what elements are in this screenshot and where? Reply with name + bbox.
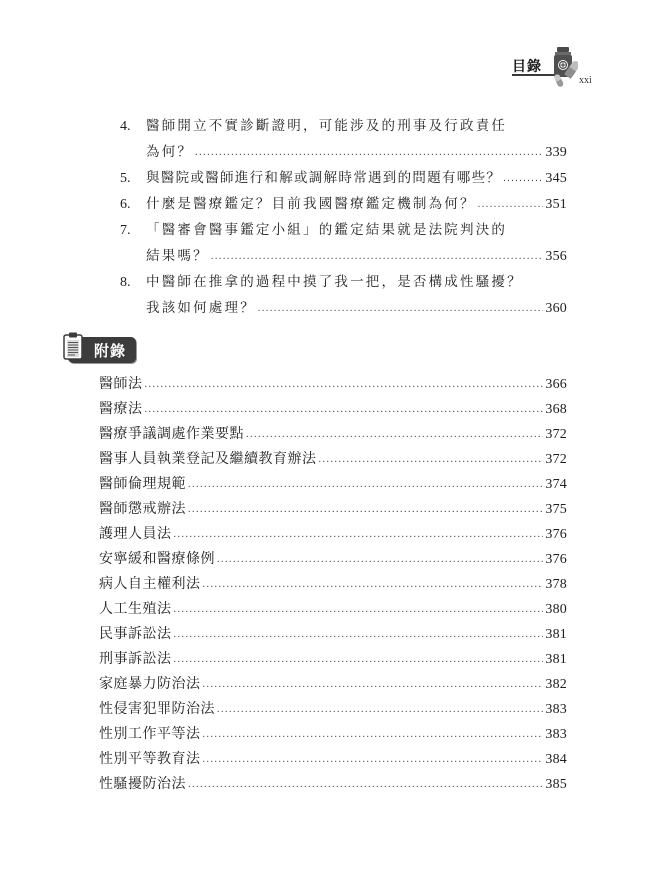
entry-page: 376 [545,552,567,568]
entry-title: 醫療法 [99,398,143,418]
entry-title: 什麼是醫療鑑定？目前我國醫療鑑定機制為何？ [146,192,476,212]
entry-page: 383 [545,702,567,718]
toc-entry-q8[interactable]: 8. 中醫師在推拿的過程中摸了我一把，是否構成性騷擾？ [120,270,567,292]
entry-title: 人工生殖法 [99,598,172,618]
header-title: 目錄 [512,56,542,76]
entry-title: 護理人員法 [99,523,172,543]
dot-leader [203,754,544,765]
entry-title-cont: 結果嗎？ [120,244,209,264]
dot-leader [319,454,544,465]
entry-title: 醫事人員執業登記及繼續教育辦法 [99,448,317,468]
entry-page: 381 [545,627,567,643]
appendix-entry[interactable]: 性騷擾防治法 385 [99,773,567,795]
entry-page: 378 [545,577,567,593]
entry-title: 性別平等教育法 [99,748,201,768]
appendix-entry[interactable]: 醫事人員執業登記及繼續教育辦法 372 [99,448,567,470]
entry-page: 339 [545,145,567,161]
dot-leader [188,504,543,515]
entry-page: 345 [545,171,567,187]
toc-entry-q6[interactable]: 6. 什麼是醫療鑑定？目前我國醫療鑑定機制為何？ 351 [120,192,567,214]
appendix-entry[interactable]: 性侵害犯罪防治法 383 [99,698,567,720]
entry-number: 7. [120,223,146,239]
entry-title: 家庭暴力防治法 [99,673,201,693]
entry-page: 366 [545,377,567,393]
dot-leader [503,173,543,184]
entry-page: 368 [545,402,567,418]
entry-title: 性別工作平等法 [99,723,201,743]
dot-leader [203,729,544,740]
entry-title: 中醫師在推拿的過程中摸了我一把，是否構成性騷擾？ [146,270,523,290]
dot-leader [174,629,544,640]
entry-page: 374 [545,477,567,493]
entry-title: 性侵害犯罪防治法 [99,698,215,718]
entry-title: 「醫審會醫事鑑定小組」的鑑定結果就是法院判決的 [146,218,507,238]
appendix-entry[interactable]: 醫師法 366 [99,373,567,395]
dot-leader [478,199,544,210]
dot-leader [203,679,544,690]
entry-page: 376 [545,527,567,543]
appendix-entry[interactable]: 家庭暴力防治法 382 [99,673,567,695]
page-number: xxi [579,75,592,86]
dot-leader [246,429,543,440]
entry-page: 380 [545,602,567,618]
appendix-entry[interactable]: 醫療爭議調處作業要點 372 [99,423,567,445]
appendix-entry[interactable]: 病人自主權利法 378 [99,573,567,595]
dot-leader [174,654,544,665]
toc-entry-q8-cont[interactable]: 我該如何處理？ 360 [120,296,567,318]
entry-title: 醫療爭議調處作業要點 [99,423,244,443]
entry-page: 375 [545,502,567,518]
dot-leader [188,479,543,490]
dot-leader [145,379,544,390]
dot-leader [174,604,544,615]
appendix-entry[interactable]: 醫療法 368 [99,398,567,420]
entry-number: 4. [120,119,146,135]
entry-title-cont: 我該如何處理？ [120,296,256,316]
entry-page: 356 [545,249,567,265]
clipboard-icon [62,331,86,361]
appendix-entry[interactable]: 人工生殖法 380 [99,598,567,620]
entry-number: 5. [120,171,146,187]
entry-title: 性騷擾防治法 [99,773,186,793]
appendix-entry[interactable]: 性別平等教育法 384 [99,748,567,770]
toc-entry-q5[interactable]: 5. 與醫院或醫師進行和解或調解時常遇到的問題有哪些？ 345 [120,166,567,188]
appendix-entry[interactable]: 醫師倫理規範 374 [99,473,567,495]
entry-title: 醫師懲戒辦法 [99,498,186,518]
appendix-entry[interactable]: 性別工作平等法 383 [99,723,567,745]
appendix-heading-badge: 附錄 [68,337,136,363]
running-header: 目錄 xxi [500,42,640,92]
entry-page: 360 [545,301,567,317]
entry-title: 醫師倫理規範 [99,473,186,493]
dot-leader [217,554,543,565]
entry-page: 372 [545,427,567,443]
medicine-bottle-pills-icon [550,46,578,88]
dot-leader [188,779,543,790]
entry-title: 民事訴訟法 [99,623,172,643]
appendix-entry[interactable]: 民事訴訟法 381 [99,623,567,645]
dot-leader [195,147,543,158]
appendix-entry[interactable]: 醫師懲戒辦法 375 [99,498,567,520]
entry-page: 382 [545,677,567,693]
appendix-entry[interactable]: 護理人員法 376 [99,523,567,545]
dot-leader [217,704,543,715]
entry-page: 384 [545,752,567,768]
appendix-heading-label: 附錄 [94,340,126,361]
entry-number: 6. [120,197,146,213]
entry-title: 醫師開立不實診斷證明，可能涉及的刑事及行政責任 [146,114,507,134]
entry-page: 351 [545,197,567,213]
toc-entry-q7-cont[interactable]: 結果嗎？ 356 [120,244,567,266]
entry-page: 385 [545,777,567,793]
dot-leader [203,579,544,590]
entry-number: 8. [120,275,146,291]
appendix-entry[interactable]: 安寧緩和醫療條例 376 [99,548,567,570]
toc-entry-q4[interactable]: 4. 醫師開立不實診斷證明，可能涉及的刑事及行政責任 [120,114,567,136]
entry-title: 病人自主權利法 [99,573,201,593]
toc-entry-q4-cont[interactable]: 為何？ 339 [120,140,567,162]
dot-leader [145,404,544,415]
entry-title: 與醫院或醫師進行和解或調解時常遇到的問題有哪些？ [146,166,501,186]
entry-title: 醫師法 [99,373,143,393]
toc-entry-q7[interactable]: 7. 「醫審會醫事鑑定小組」的鑑定結果就是法院判決的 [120,218,567,240]
dot-leader [174,529,544,540]
entry-title: 安寧緩和醫療條例 [99,548,215,568]
entry-page: 383 [545,727,567,743]
appendix-entry[interactable]: 刑事訴訟法 381 [99,648,567,670]
entry-page: 372 [545,452,567,468]
entry-title: 刑事訴訟法 [99,648,172,668]
entry-title-cont: 為何？ [120,140,193,160]
entry-page: 381 [545,652,567,668]
dot-leader [258,303,543,314]
dot-leader [211,251,544,262]
